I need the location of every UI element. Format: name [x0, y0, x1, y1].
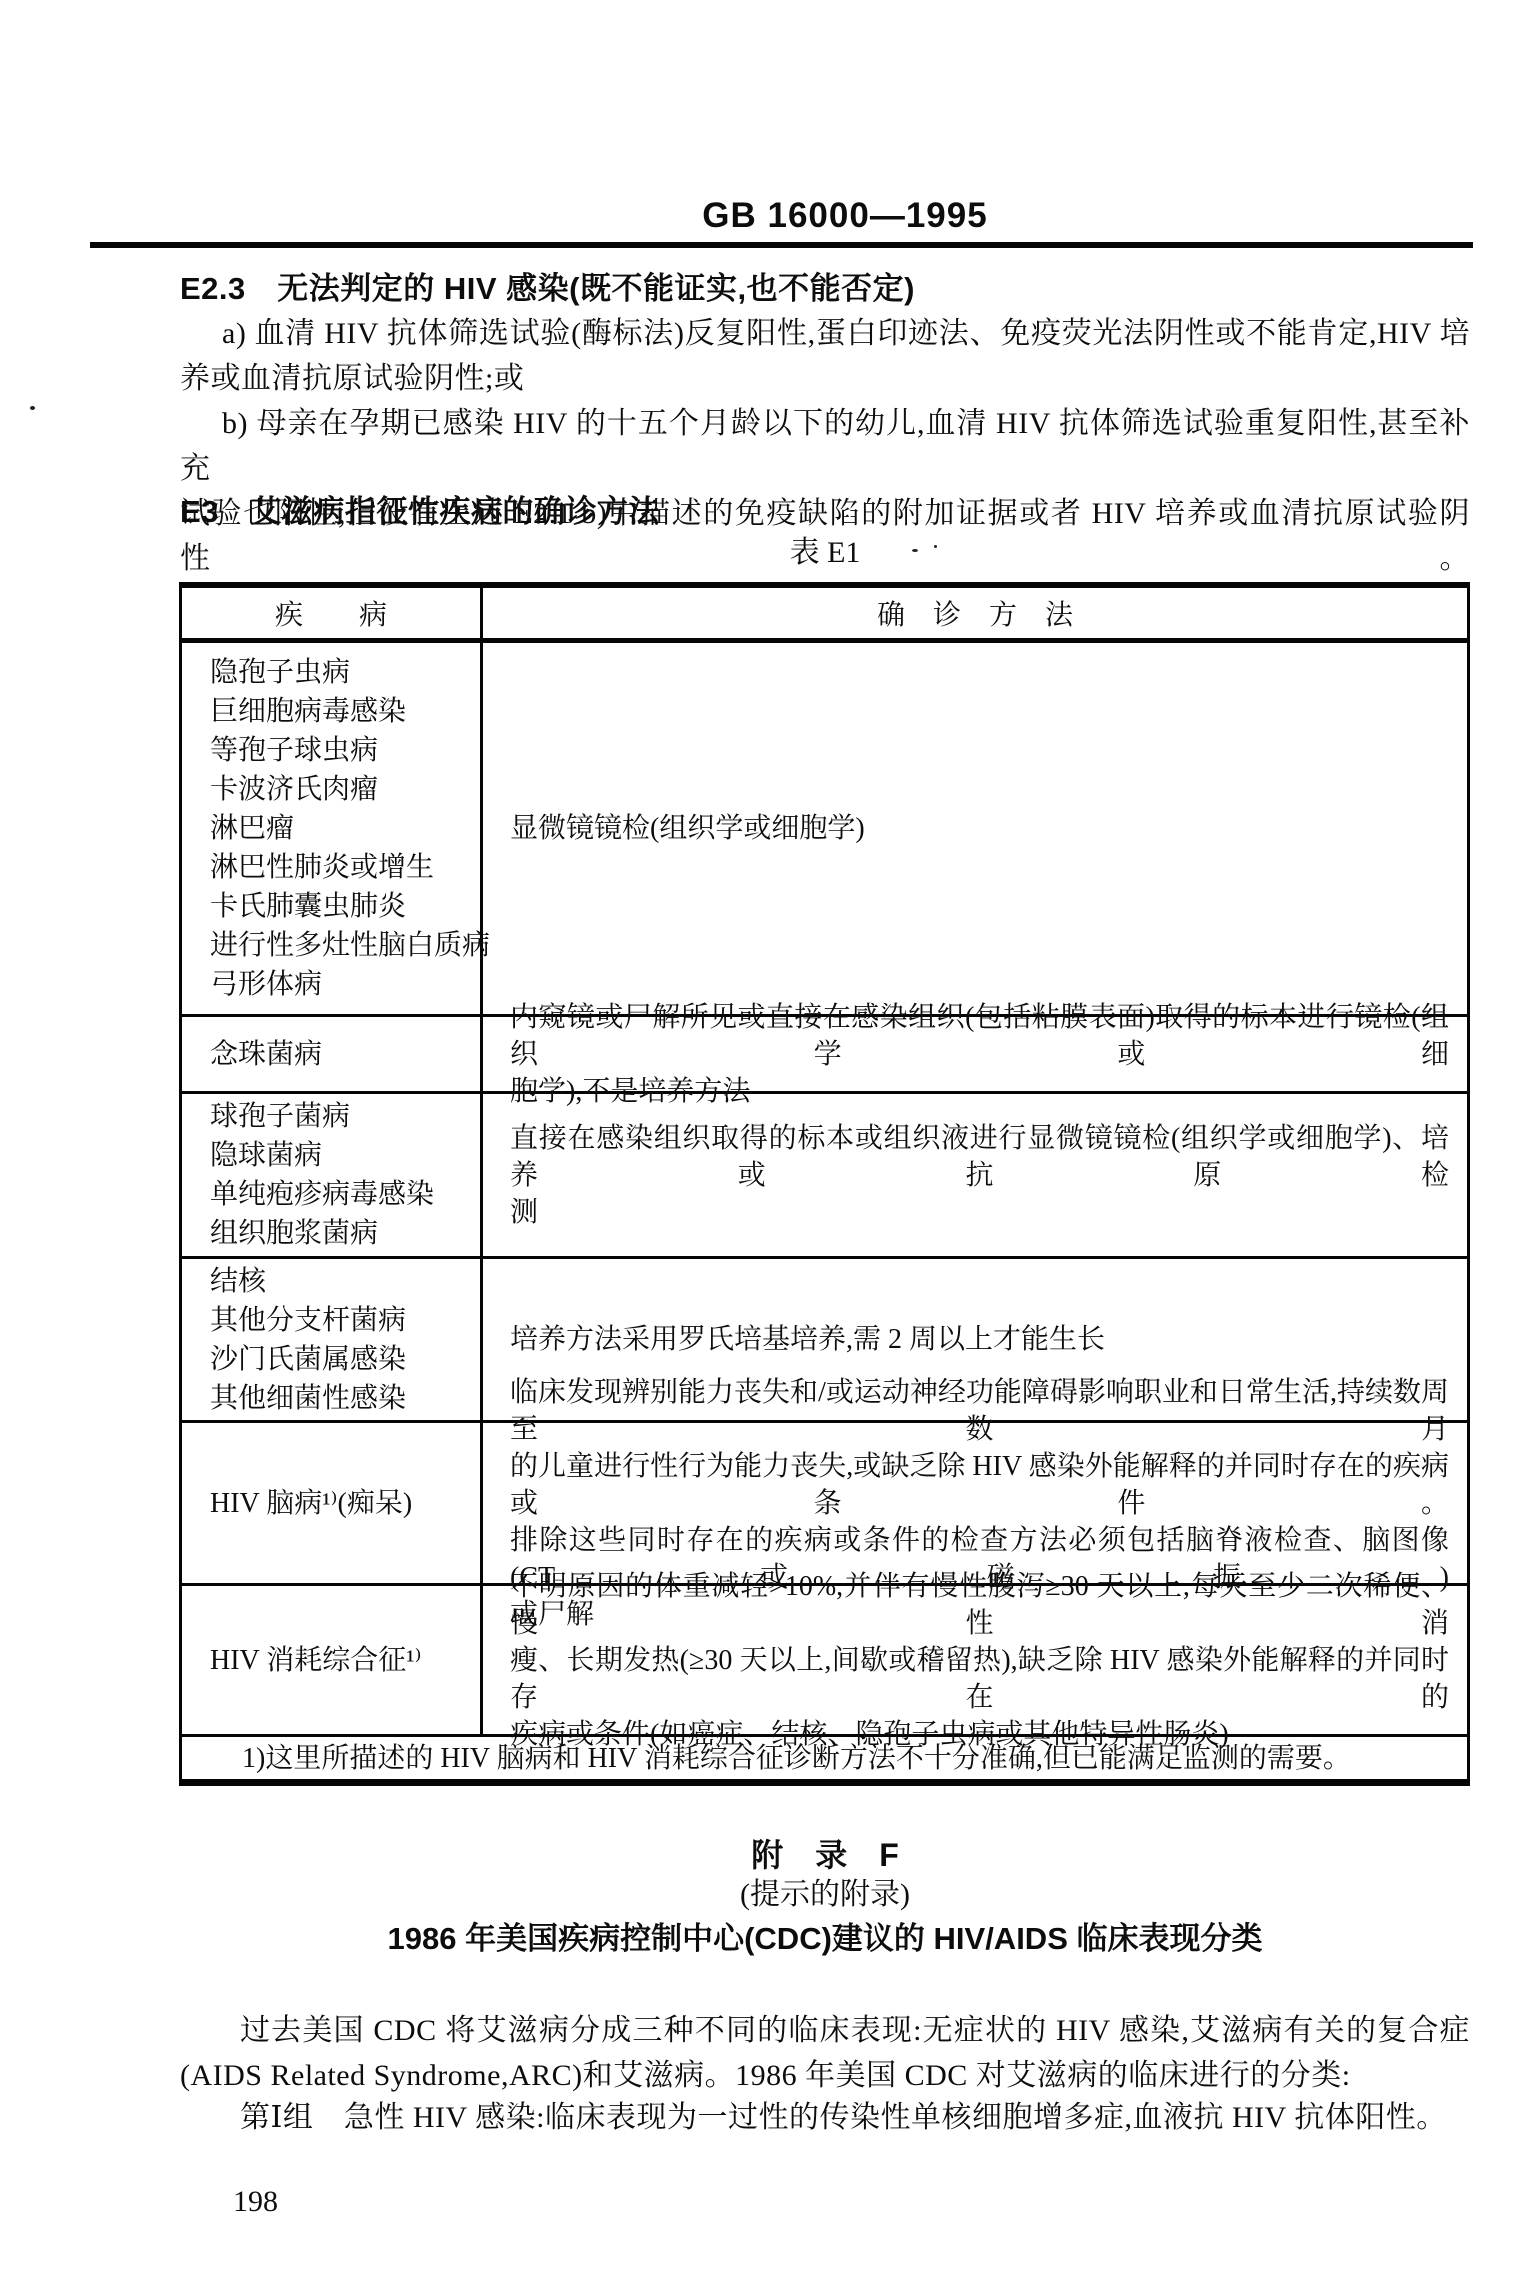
- page-number: 198: [233, 2179, 278, 2224]
- table-e1: 疾 病 确 诊 方 法 隐孢子虫病巨细胞病毒感染等孢子球虫病卡波济氏肉瘤淋巴瘤淋…: [179, 582, 1470, 1786]
- method-line: 不明原因的体重减轻>10%,并伴有慢性腹泻≥30 天以上,每天至少二次稀便、慢性…: [510, 1568, 1449, 1642]
- disease-name: 卡氏肺囊虫肺炎: [210, 887, 480, 926]
- disease-name: 单纯疱疹病毒感染: [210, 1175, 480, 1214]
- table-header-method: 确 诊 方 法: [483, 588, 1467, 638]
- disease-name: 隐球菌病: [210, 1136, 480, 1175]
- disease-name: 球孢子菌病: [210, 1097, 480, 1136]
- method-line: 临床发现辨别能力丧失和/或运动神经功能障碍影响职业和日常生活,持续数周至数月: [510, 1374, 1449, 1448]
- table-caption: 表 E1: [180, 530, 1470, 575]
- table-row: 念珠菌病内窥镜或尸解所见或直接在感染组织(包括粘膜表面)取得的标本进行镜检(组织…: [182, 1014, 1467, 1091]
- table-header-disease: 疾 病: [182, 588, 483, 638]
- disease-cell: HIV 消耗综合征¹⁾: [182, 1586, 483, 1734]
- disease-name: 进行性多灶性脑白质病: [210, 926, 480, 965]
- disease-name: 沙门氏菌属感染: [210, 1340, 480, 1379]
- appendix-paragraph-1: 过去美国 CDC 将艾滋病分成三种不同的临床表现:无症状的 HIV 感染,艾滋病…: [180, 2008, 1470, 2098]
- text-line: 过去美国 CDC 将艾滋病分成三种不同的临床表现:无症状的 HIV 感染,艾滋病…: [180, 2008, 1470, 2053]
- text-line: b) 母亲在孕期已感染 HIV 的十五个月龄以下的幼儿,血清 HIV 抗体筛选试…: [180, 401, 1470, 491]
- disease-cell: 球孢子菌病隐球菌病单纯疱疹病毒感染组织胞浆菌病: [182, 1094, 483, 1256]
- disease-name: 其他分支杆菌病: [210, 1301, 480, 1340]
- table-row: HIV 消耗综合征¹⁾不明原因的体重减轻>10%,并伴有慢性腹泻≥30 天以上,…: [182, 1583, 1467, 1734]
- disease-cell: 隐孢子虫病巨细胞病毒感染等孢子球虫病卡波济氏肉瘤淋巴瘤淋巴性肺炎或增生卡氏肺囊虫…: [182, 643, 483, 1014]
- appendix-f-subtitle: (提示的附录): [180, 1872, 1470, 1917]
- section-e23-heading: E2.3 无法判定的 HIV 感染(既不能证实,也不能否定): [180, 266, 1470, 311]
- method-line: 显微镜镜检(组织学或细胞学): [510, 810, 1449, 847]
- standard-code: GB 16000—1995: [180, 196, 1510, 242]
- method-line: 内窥镜或尸解所见或直接在感染组织(包括粘膜表面)取得的标本进行镜检(组织学或细: [510, 999, 1449, 1073]
- method-line: 测: [510, 1194, 1449, 1231]
- paragraph-a: a) 血清 HIV 抗体筛选试验(酶标法)反复阳性,蛋白印迹法、免疫荧光法阴性或…: [180, 311, 1470, 401]
- scan-artifact: [30, 406, 35, 410]
- disease-cell: 结核其他分支杆菌病沙门氏菌属感染其他细菌性感染: [182, 1259, 483, 1420]
- table-header-row: 疾 病 确 诊 方 法: [182, 588, 1467, 638]
- appendix-paragraph-2: 第Ⅰ组 急性 HIV 感染:临床表现为一过性的传染性单核细胞增多症,血液抗 HI…: [180, 2095, 1470, 2140]
- disease-name: 卡波济氏肉瘤: [210, 770, 480, 809]
- disease-name: 隐孢子虫病: [210, 653, 480, 692]
- section-e3-heading: E3 艾滋病指征性疾病的确诊方法: [180, 489, 1470, 534]
- table-e1-rows: 隐孢子虫病巨细胞病毒感染等孢子球虫病卡波济氏肉瘤淋巴瘤淋巴性肺炎或增生卡氏肺囊虫…: [182, 638, 1467, 1734]
- method-line: 的儿童进行性行为能力丧失,或缺乏除 HIV 感染外能解释的并同时存在的疾病或条件…: [510, 1448, 1449, 1522]
- disease-name: 念珠菌病: [210, 1035, 480, 1074]
- disease-name: 淋巴瘤: [210, 809, 480, 848]
- disease-cell: HIV 脑病¹⁾(痴呆): [182, 1423, 483, 1583]
- disease-name: 淋巴性肺炎或增生: [210, 848, 480, 887]
- table-footnote-row: 1)这里所描述的 HIV 脑病和 HIV 消耗综合征诊断方法不十分准确,但已能满…: [182, 1734, 1467, 1779]
- method-line: 培养方法采用罗氏培基培养,需 2 周以上才能生长: [510, 1321, 1449, 1358]
- disease-name: 结核: [210, 1262, 480, 1301]
- header-rule: [90, 242, 1473, 248]
- method-cell: 显微镜镜检(组织学或细胞学): [483, 643, 1467, 1014]
- disease-name: HIV 脑病¹⁾(痴呆): [210, 1484, 480, 1523]
- appendix-f-heading: 1986 年美国疾病控制中心(CDC)建议的 HIV/AIDS 临床表现分类: [180, 1916, 1470, 1961]
- table-row: 隐孢子虫病巨细胞病毒感染等孢子球虫病卡波济氏肉瘤淋巴瘤淋巴性肺炎或增生卡氏肺囊虫…: [182, 638, 1467, 1014]
- method-line: 直接在感染组织取得的标本或组织液进行显微镜镜检(组织学或细胞学)、培养或抗原检: [510, 1120, 1449, 1194]
- disease-name: 巨细胞病毒感染: [210, 692, 480, 731]
- text-line: 第Ⅰ组 急性 HIV 感染:临床表现为一过性的传染性单核细胞增多症,血液抗 HI…: [180, 2095, 1470, 2140]
- document-page: GB 16000—1995 E2.3 无法判定的 HIV 感染(既不能证实,也不…: [0, 0, 1536, 2285]
- disease-name: 等孢子球虫病: [210, 731, 480, 770]
- method-cell: 内窥镜或尸解所见或直接在感染组织(包括粘膜表面)取得的标本进行镜检(组织学或细胞…: [483, 1017, 1467, 1091]
- scan-artifact: [912, 549, 918, 552]
- disease-name: HIV 消耗综合征¹⁾: [210, 1641, 480, 1680]
- table-footnote: 1)这里所描述的 HIV 脑病和 HIV 消耗综合征诊断方法不十分准确,但已能满…: [182, 1737, 1467, 1779]
- disease-name: 其他细菌性感染: [210, 1379, 480, 1418]
- disease-name: 组织胞浆菌病: [210, 1214, 480, 1253]
- table-row: 球孢子菌病隐球菌病单纯疱疹病毒感染组织胞浆菌病直接在感染组织取得的标本或组织液进…: [182, 1091, 1467, 1256]
- text-line: a) 血清 HIV 抗体筛选试验(酶标法)反复阳性,蛋白印迹法、免疫荧光法阴性或…: [180, 311, 1470, 356]
- table-row: HIV 脑病¹⁾(痴呆)临床发现辨别能力丧失和/或运动神经功能障碍影响职业和日常…: [182, 1420, 1467, 1583]
- method-line: 瘦、长期发热(≥30 天以上,间歇或稽留热),缺乏除 HIV 感染外能解释的并同…: [510, 1642, 1449, 1716]
- method-cell: 直接在感染组织取得的标本或组织液进行显微镜镜检(组织学或细胞学)、培养或抗原检测: [483, 1094, 1467, 1256]
- disease-name: 弓形体病: [210, 965, 480, 1004]
- method-cell: 不明原因的体重减轻>10%,并伴有慢性腹泻≥30 天以上,每天至少二次稀便、慢性…: [483, 1586, 1467, 1734]
- text-line: (AIDS Related Syndrome,ARC)和艾滋病。1986 年美国…: [180, 2053, 1470, 2098]
- text-line: 养或血清抗原试验阴性;或: [180, 356, 1470, 401]
- disease-cell: 念珠菌病: [182, 1017, 483, 1091]
- method-cell: 临床发现辨别能力丧失和/或运动神经功能障碍影响职业和日常生活,持续数周至数月的儿…: [483, 1423, 1467, 1583]
- scan-artifact: [934, 545, 937, 548]
